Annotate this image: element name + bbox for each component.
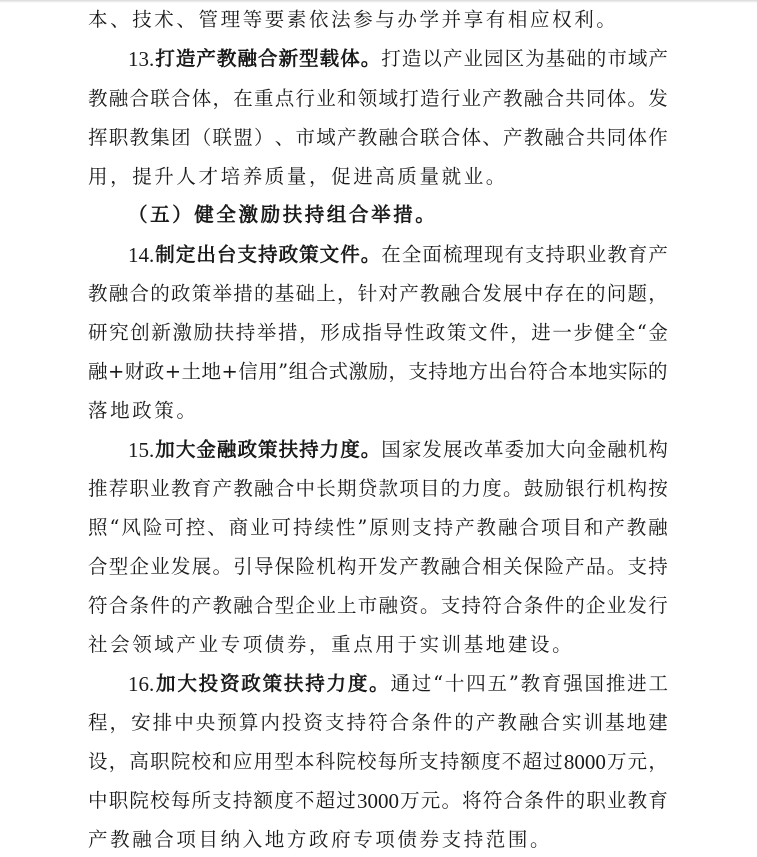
paragraph-text: 基 [605,708,625,738]
paragraph-text: 持 [440,747,460,777]
paragraph-text: 院 [129,786,149,816]
paragraph-text: 按 [648,474,668,504]
paragraph-text: 鼓 [524,474,544,504]
paragraph-text: 持 [434,513,454,543]
paragraph-text: 目 [562,513,582,543]
paragraph-text: 本 [568,357,588,387]
item-title: 台 [217,240,237,270]
paragraph-text: 行 [296,84,316,114]
item-title: 。 [361,240,381,270]
paragraph-text: 合 [171,84,191,114]
paragraph-text: 合 [309,357,329,387]
paragraph-text: 融 [519,708,539,738]
item-title: 文 [320,240,340,270]
paragraph-text: 机 [607,474,627,504]
paragraph-text: 文 [468,318,488,348]
paragraph-text: 企 [296,591,316,621]
paragraph-text: 合 [504,786,524,816]
paragraph-text: 过 [412,669,432,699]
paragraph-text: 款 [379,474,399,504]
paragraph-text: 合 [540,708,560,738]
paragraph-text: 五 [488,669,508,699]
paragraph-text: 元 [421,786,441,816]
paragraph-text: 通 [390,669,410,699]
paragraph-text: 可 [272,513,292,543]
paragraph-text: 出 [488,357,508,387]
paragraph-text: 。 [213,552,233,582]
item-number: 13. [128,44,154,74]
paragraph-text: 、 [275,123,295,153]
paragraph-text: 和 [584,513,604,543]
text-line: 推荐职业教育产教融合中长期贷款项目的力度。鼓励银行机构按 [88,474,668,504]
paragraph-text: 展 [503,279,523,309]
paragraph-text: 新 [151,318,171,348]
paragraph-text: 过 [543,747,563,777]
item-title: 教 [217,44,237,74]
paragraph-text: 合 [503,591,523,621]
paragraph-text: 院 [171,747,191,777]
paragraph-text: 度 [481,747,501,777]
paragraph-text: 导 [254,552,274,582]
paragraph-text: 的 [150,279,170,309]
paragraph-text: 合 [254,591,274,621]
paragraph-text: 高 [129,747,149,777]
paragraph-text: 理 [463,240,483,270]
item-title: 。 [361,435,381,465]
paragraph-text: 扶 [215,318,235,348]
paragraph-text: 励 [368,357,388,387]
item-title: 融 [237,44,257,74]
paragraph-text: 内 [260,708,280,738]
paragraph-text: 件 [545,786,565,816]
paragraph-text: 向 [566,435,586,465]
paragraph-text: 持 [233,786,253,816]
paragraph-text: 。 [628,84,648,114]
paragraph-text: 究 [109,318,129,348]
paragraph-text: ” [278,357,288,387]
paragraph-text: 期 [337,474,357,504]
paragraph-text: 险 [545,552,565,582]
paragraph-text: 教 [130,123,150,153]
paragraph-text: 融 [109,279,129,309]
paragraph-text: 业 [607,786,627,816]
paragraph-text: 职 [586,786,606,816]
paragraph-text: 展 [192,552,212,582]
paragraph-text: 本 [295,747,315,777]
paragraph-text: 育 [648,786,668,816]
paragraph-text: 构 [648,435,668,465]
paragraph-text: 件 [489,318,509,348]
paragraph-text: 体 [462,123,482,153]
paragraph-text: 关 [503,552,523,582]
paragraph-text: 融 [545,123,565,153]
paragraph-text: 支 [325,708,345,738]
paragraph-text: 问 [607,279,627,309]
item-title: 度 [348,669,368,699]
paragraph-text: 。 [503,474,523,504]
paragraph-text: 同 [586,84,606,114]
paragraph-text: 市 [358,591,378,621]
item-title: 产 [196,44,216,74]
text-line: 融+财政+土地+信用”组合式激励，支持地方出台符合本地实际的 [88,357,668,387]
paragraph-text: 四 [466,669,486,699]
paragraph-text: 过 [336,786,356,816]
paragraph-text: 融 [524,84,544,114]
paragraph-text: 合 [130,84,150,114]
paragraph-text: ， [110,708,130,738]
paragraph-text: 的 [254,279,274,309]
text-line: 社会领域产业专项债券，重点用于实训基地建设。 [88,630,668,660]
paragraph-text: 域 [379,84,399,114]
paragraph-text: 支 [441,591,461,621]
paragraph-text: 持 [546,240,566,270]
paragraph-text: 不 [295,786,315,816]
paragraph-text: 业 [462,84,482,114]
paragraph-text: 安 [131,708,151,738]
item-title: 持 [305,669,325,699]
paragraph-text: 合 [545,84,565,114]
paragraph-text: 风 [121,513,141,543]
paragraph-text: 合 [88,552,108,582]
paragraph-text: 性 [405,318,425,348]
item-title: 力 [327,669,347,699]
text-line: 产教融合项目纳入地方政府专项债券支持范围。 [88,825,668,855]
paragraph-text: 应 [233,747,253,777]
paragraph-text: 的 [648,357,668,387]
paragraph-text: ， [648,747,668,777]
paragraph-text: 支 [408,357,428,387]
paragraph-text: 激 [172,318,192,348]
item-title: 出 [196,240,216,270]
item-title: 大 [176,435,196,465]
paragraph-text: 研 [88,318,108,348]
item-title: 。 [361,44,381,74]
paragraph-text: （ [192,123,212,153]
paragraph-text: 续 [314,513,334,543]
paragraph-text: 所 [191,786,211,816]
paragraph-text: 发 [171,552,191,582]
item-title: 持 [299,435,319,465]
text-line: 16.加大投资政策扶持力度。通过“十四五”教育强国推进工 [128,669,668,699]
paragraph-text: 额 [254,786,274,816]
paragraph-text: 融 [441,552,461,582]
text-line: 符合条件的产教融合型企业上市融资。支持符合条件的企业发行 [88,591,668,621]
paragraph-text: 题 [628,279,648,309]
paragraph-text: 原 [369,513,389,543]
text-line: （五）健全激励扶持组合举措。 [128,200,668,230]
paragraph-text: ， [109,747,129,777]
paragraph-text: 。 [420,591,440,621]
paragraph-text: 和 [212,747,232,777]
paragraph-text: 符 [483,786,503,816]
paragraph-text: 训 [584,708,604,738]
paragraph-text: 条 [524,591,544,621]
paragraph-text: 合 [548,357,568,387]
paragraph-text: 力 [462,474,482,504]
paragraph-text: 际 [628,357,648,387]
paragraph-text: 形 [320,318,340,348]
paragraph-text: 。 [441,786,461,816]
paragraph-text: 上 [337,591,357,621]
item-title: 政 [241,669,261,699]
paragraph-text: 资 [303,708,323,738]
paragraph-text: 委 [505,435,525,465]
paragraph-text: 作 [648,123,668,153]
paragraph-text: 产 [213,474,233,504]
paragraph-text: 合 [441,123,461,153]
paragraph-text: 信 [238,357,258,387]
paragraph-text: 金 [587,435,607,465]
paragraph-text: 融 [648,513,668,543]
paragraph-text: 职 [130,474,150,504]
paragraph-text: 万 [607,747,627,777]
item-title: 扶 [279,435,299,465]
paragraph-text: 市 [607,44,627,74]
section-heading: （五）健全激励扶持组合举措。 [128,200,437,230]
paragraph-text: 件 [545,591,565,621]
paragraph-text: 教 [233,474,253,504]
paragraph-text: 组 [289,357,309,387]
paragraph-text: 步 [574,318,594,348]
paragraph-text: 业 [463,44,483,74]
paragraph-text: 在 [233,84,253,114]
paragraph-text: 教 [358,123,378,153]
paragraph-text: 推 [606,669,626,699]
paragraph-text: 不 [502,747,522,777]
item-number: 15. [128,435,154,465]
paragraph-text: ， [510,318,530,348]
paragraph-text: 用 [258,357,278,387]
paragraph-text: 科 [316,747,336,777]
paragraph-text: 励 [194,318,214,348]
paragraph-text: 教 [420,279,440,309]
text-line: 合型企业发展。引导保险机构开发产教融合相关保险产品。支持 [88,552,668,582]
paragraph-text: 合 [462,279,482,309]
paragraph-text: 地 [588,357,608,387]
paragraph-text: 符 [528,357,548,387]
paragraph-text: 措 [233,279,253,309]
paragraph-text: 将 [462,786,482,816]
paragraph-text: 产 [337,123,357,153]
paragraph-text: 条 [130,591,150,621]
paragraph-text: 预 [217,708,237,738]
paragraph-text: 校 [150,786,170,816]
paragraph-text: 职 [566,240,586,270]
paragraph-text: 校 [191,747,211,777]
paragraph-text: 国 [585,669,605,699]
paragraph-text: 度 [482,474,502,504]
paragraph-text: 支 [628,552,648,582]
paragraph-text: 创 [130,318,150,348]
paragraph-text: 造 [402,44,422,74]
paragraph-text: 持 [428,357,448,387]
paragraph-text: 度 [274,786,294,816]
paragraph-text: 盟 [233,123,253,153]
paragraph-text: 为 [525,44,545,74]
paragraph-text: 每 [378,747,398,777]
paragraph-text: 发 [422,435,442,465]
paragraph-text: 全 [616,318,636,348]
item-title: 造 [176,44,196,74]
paragraph-text: 土 [182,357,202,387]
paragraph-text: 业 [150,552,170,582]
paragraph-text: 业 [150,474,170,504]
paragraph-text: 贷 [358,474,378,504]
text-line: 设，高职院校和应用型本科院校每所支持额度不超过8000万元， [88,747,668,777]
paragraph-text: 行 [648,591,668,621]
paragraph-text: 的 [454,708,474,738]
paragraph-text: 业 [316,84,336,114]
paragraph-text: 超 [316,786,336,816]
paragraph-text: 健 [595,318,615,348]
paragraph-text: 险 [296,552,316,582]
paragraph-text: 展 [443,435,463,465]
paragraph-text: 在 [381,240,401,270]
paragraph-text: 合 [565,123,585,153]
paragraph-text: “ [109,513,119,543]
text-line: 本、技术、管理等要素依法参与办学并享有相应权利。 [88,5,668,35]
item-number: 16. [128,669,154,699]
paragraph-text: 中 [88,786,108,816]
paragraph-text: 持 [347,708,367,738]
paragraph-text: 联 [150,84,170,114]
paragraph-text: 相 [482,552,502,582]
paragraph-text: 性 [336,513,356,543]
paragraph-text: 荐 [109,474,129,504]
text-line: 研究创新激励扶持举措，形成指导性政策文件，进一步健全“金 [88,318,668,348]
item-title: 持 [258,240,278,270]
paragraph-text: 教 [607,240,627,270]
paragraph-text: 持 [648,552,668,582]
paragraph-text: 合 [399,123,419,153]
paragraph-text: 支 [412,513,432,543]
paragraph-text: 银 [565,474,585,504]
paragraph-text: 元 [628,747,648,777]
paragraph-text: 额 [460,747,480,777]
paragraph-text: 排 [153,708,173,738]
paragraph-text: 全 [402,240,422,270]
paragraph-text: 梳 [443,240,463,270]
paragraph-text: 融 [109,84,129,114]
paragraph-text: 体 [607,84,627,114]
paragraph-text: 8000 [564,747,606,777]
item-title: 型 [299,44,319,74]
paragraph-text: 国 [381,435,401,465]
paragraph-text: 有 [505,240,525,270]
paragraph-text: 合 [519,513,539,543]
paragraph-text: 教 [497,708,517,738]
paragraph-text: 用，提升人才培养质量，促进高质量就业。 [88,162,508,192]
paragraph-text: 激 [349,357,369,387]
paragraph-text: 进 [531,318,551,348]
paragraph-text: ” [357,513,367,543]
paragraph-text: ， [299,318,319,348]
paragraph-text: ” [509,669,519,699]
paragraph-text: 业 [607,591,627,621]
paragraph-text: ， [388,357,408,387]
paragraph-text: 上 [316,279,336,309]
paragraph-text: 教 [88,84,108,114]
item-title: 资 [220,669,240,699]
paragraph-text: 目 [420,474,440,504]
paragraph-text: + [108,357,124,387]
paragraph-text: 政 [145,357,165,387]
paragraph-text: 融 [88,357,108,387]
paragraph-text: 则 [391,513,411,543]
paragraph-text: 集 [150,123,170,153]
paragraph-text: 台 [508,357,528,387]
item-title: 载 [320,44,340,74]
paragraph-text: 院 [336,747,356,777]
paragraph-text: 体 [628,123,648,153]
paragraph-text: 构 [337,552,357,582]
paragraph-text: 地 [448,357,468,387]
paragraph-text: 控 [186,513,206,543]
paragraph-text: 共 [586,123,606,153]
paragraph-text: 教 [420,552,440,582]
paragraph-text: 社会领域产业专项债券，重点用于实训基地建设。 [88,630,574,660]
paragraph-text: 中 [524,279,544,309]
paragraph-text: 以 [422,44,442,74]
paragraph-text: 、 [482,123,502,153]
paragraph-text: 现 [484,240,504,270]
paragraph-text: 产 [648,44,668,74]
text-line: 程，安排中央预算内投资支持符合条件的产教融合实训基地建 [88,708,668,738]
paragraph-text: 每 [171,786,191,816]
paragraph-text: ， [213,84,233,114]
paragraph-text: 策 [447,318,467,348]
paragraph-text: 业 [316,591,336,621]
paragraph-text: “ [433,669,443,699]
paragraph-text: 程 [88,708,108,738]
item-title: 新 [279,44,299,74]
text-line: 教融合的政策举措的基础上，针对产教融合发展中存在的问题， [88,279,668,309]
paragraph-text: 园 [484,44,504,74]
paragraph-text: 区 [505,44,525,74]
paragraph-text: 产 [443,44,463,74]
text-line: 15.加大金融政策扶持力度。国家发展改革委加大向金融机构 [128,435,668,465]
paragraph-text: 团 [171,123,191,153]
paragraph-text: 资 [399,591,419,621]
paragraph-text: 3000 [357,786,399,816]
paragraph-text: 职 [109,123,129,153]
paragraph-text: 和 [337,84,357,114]
paragraph-text: 持 [462,591,482,621]
paragraph-text: 融 [379,591,399,621]
paragraph-text: 件 [150,591,170,621]
paragraph-text: 的 [586,279,606,309]
item-title: 度 [340,435,360,465]
paragraph-text: 职 [150,747,170,777]
item-title: 定 [176,240,196,270]
paragraph-text: 产 [605,513,625,543]
paragraph-text: 举 [213,279,233,309]
paragraph-text: 项 [541,513,561,543]
paragraph-text: 建 [648,708,668,738]
paragraph-text: 产 [565,552,585,582]
paragraph-text: 加 [525,435,545,465]
paragraph-text: 教 [88,279,108,309]
paragraph-text: 持 [293,513,313,543]
paragraph-text: 教 [627,513,647,543]
item-title: 金 [196,435,216,465]
paragraph-text: 推 [88,474,108,504]
item-title: 件 [340,240,360,270]
paragraph-text: 万 [400,786,420,816]
paragraph-text: 落地政策。 [88,396,199,426]
paragraph-text: 合 [390,708,410,738]
paragraph-text: 的 [565,591,585,621]
